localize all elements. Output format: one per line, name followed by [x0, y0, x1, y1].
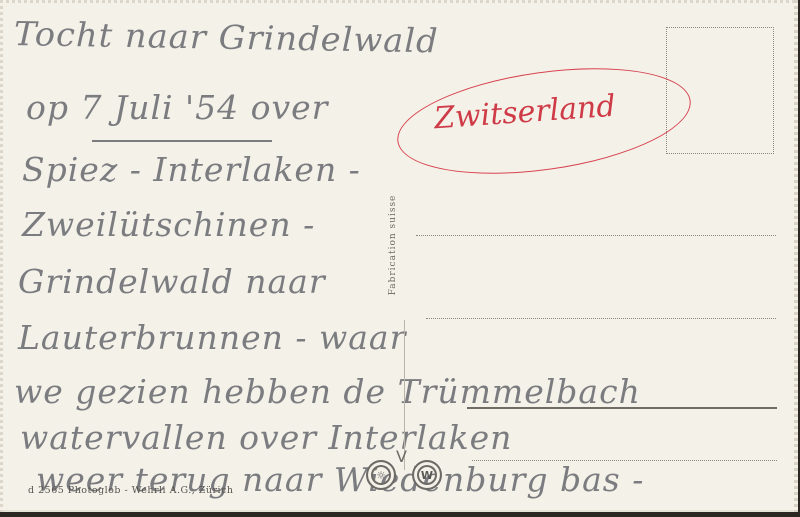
- handwriting-line: op 7 Juli '54 over: [26, 88, 328, 127]
- globe-logo-icon: ☼: [366, 460, 396, 490]
- handwriting-line: Spiez - Interlaken -: [22, 150, 361, 189]
- handwriting-line: Zweilütschinen -: [22, 205, 315, 244]
- postcard-back: Tocht naar Grindelwald op 7 Juli '54 ove…: [0, 0, 798, 512]
- deckled-edge-right: [794, 0, 798, 512]
- handwriting-line: we gezien hebben de Trümmelbach: [14, 372, 641, 411]
- address-line: [426, 318, 776, 319]
- date-underline: [92, 140, 272, 142]
- address-line: [467, 407, 777, 409]
- deckled-edge-top: [0, 0, 798, 3]
- address-line: [472, 460, 777, 461]
- publisher-imprint: d 2565 Photoglob - Wehrli A.G., Zürich: [28, 485, 234, 496]
- handwriting-line: watervallen over Interlaken: [20, 418, 512, 457]
- w-logo-icon: W: [412, 460, 442, 490]
- handwriting-line: Tocht naar Grindelwald: [14, 14, 439, 60]
- address-line: [416, 235, 776, 236]
- v-logo-icon: V: [396, 447, 407, 466]
- deckled-edge-left: [0, 0, 3, 512]
- handwriting-line: Lauterbrunnen - waar: [18, 318, 406, 357]
- handwriting-line: Grindelwald naar: [18, 262, 326, 301]
